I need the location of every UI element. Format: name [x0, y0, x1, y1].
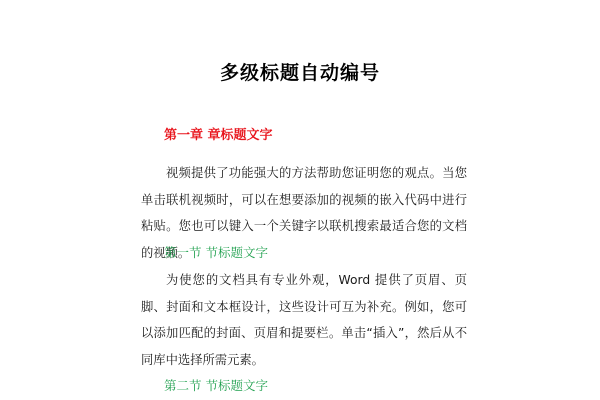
section-heading-1: 第一节 节标题文字 [164, 243, 268, 261]
section-heading-2: 第二节 节标题文字 [164, 376, 268, 394]
document-page: 多级标题自动编号 第一章 章标题文字 视频提供了功能强大的方法帮助您证明您的观点… [0, 0, 600, 400]
document-title: 多级标题自动编号 [0, 58, 600, 85]
paragraph-2: 为使您的文档具有专业外观，Word 提供了页眉、页脚、封面和文本框设计，这些设计… [141, 267, 467, 373]
chapter-heading-1: 第一章 章标题文字 [164, 124, 273, 143]
